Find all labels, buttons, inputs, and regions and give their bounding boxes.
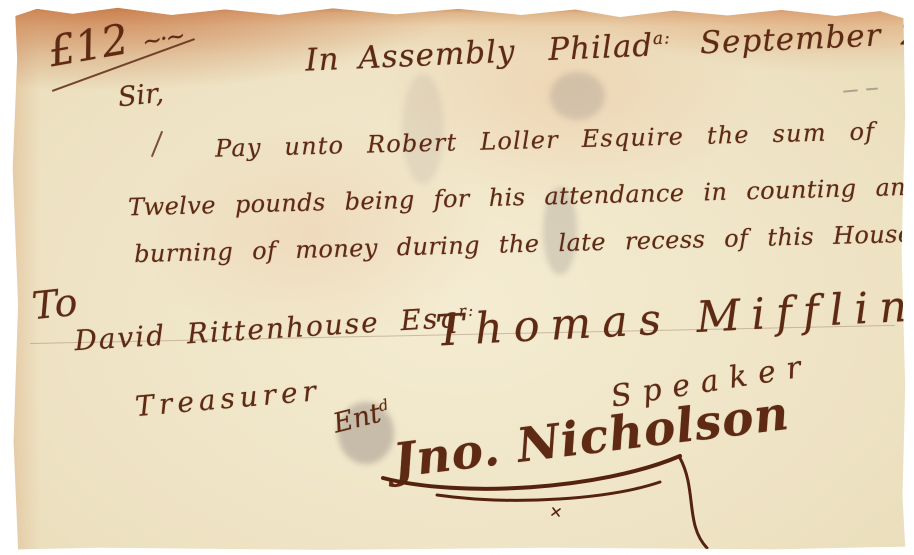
salutation: Sir,: [117, 78, 166, 114]
signature-underline-flourish: [375, 450, 725, 555]
addressee-title: Treasurer: [134, 374, 322, 423]
heading-assembly: In Assembly: [305, 33, 517, 78]
speaker-signature: Thomas Mifflin: [434, 281, 914, 356]
heading-line: In Assembly Philada: September 27. 1786: [305, 9, 914, 78]
body-line-1: Pay unto Robert Loller Esquire the sum o…: [215, 117, 876, 162]
ink-smudge: [550, 72, 605, 120]
pen-slash-mark: [151, 131, 163, 158]
manuscript-paper: £12 ~·~ In Assembly Philada: September 2…: [10, 4, 907, 551]
heading-place: Philada:: [548, 27, 672, 68]
addressee-to: To: [30, 280, 80, 328]
body-line-2: Twelve pounds being for his attendance i…: [128, 173, 914, 222]
pencil-mark: [866, 88, 878, 91]
addressee-name: David Rittenhouse Esqr:: [73, 300, 476, 357]
heading-place-superscript: a:: [652, 28, 671, 49]
heading-date: September 27. 1786: [699, 10, 914, 61]
pencil-mark: [843, 89, 858, 93]
body-line-3: burning of money during the late recess …: [134, 220, 913, 268]
